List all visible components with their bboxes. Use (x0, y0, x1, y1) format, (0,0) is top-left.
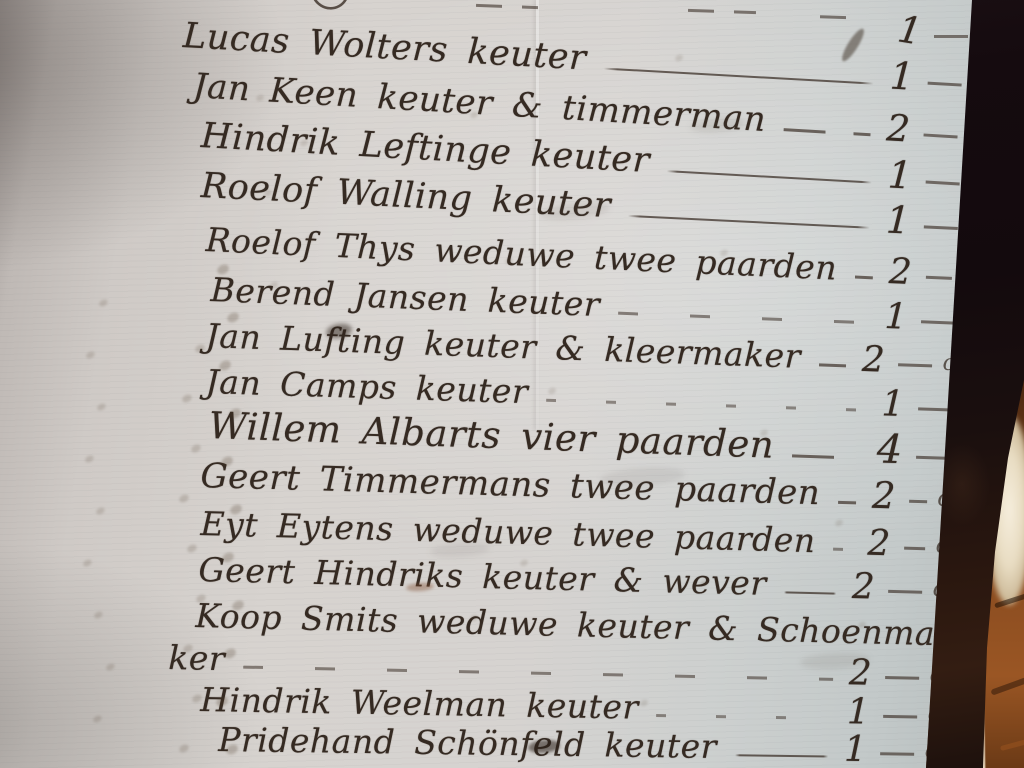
entry-value: 2 (872, 478, 896, 515)
tally-line (820, 15, 866, 20)
ink-bleed-dot (98, 298, 109, 308)
tally-end-dash (923, 133, 957, 138)
tally-end-dash (924, 225, 958, 230)
manuscript-page: 1 Lucas Wolters keuter1Jan Keen keuter &… (0, 0, 1024, 768)
tally-end-dash (925, 276, 952, 280)
tally-end-dash (926, 181, 960, 186)
ink-bleed-dot (93, 610, 104, 620)
tally-line (735, 754, 828, 757)
entry-value: 1 (881, 387, 905, 423)
tally-line (838, 501, 856, 505)
wood-grain-streak (1000, 738, 1024, 751)
tally-end-dash (918, 407, 952, 411)
tally-end-dash (884, 715, 918, 719)
entry-value: 4 (876, 430, 903, 471)
ink-bleed-dot (181, 393, 193, 404)
ink-bleed-dot (105, 662, 116, 672)
entry-value: 2 (888, 254, 912, 291)
tally-end-dash (881, 752, 915, 755)
ink-bleed-dot (190, 443, 202, 454)
ink-bleed-dot (95, 506, 106, 516)
entry-name: Pridehand Schönfeld keuter (218, 720, 727, 766)
entry-value: 2 (867, 526, 891, 562)
tally-line (604, 68, 874, 85)
tally-end-dash (909, 500, 927, 503)
tally-end-dash (921, 320, 955, 324)
entry-value: 2 (861, 342, 885, 378)
tally-line (628, 215, 869, 229)
tally-end-dash (928, 82, 962, 87)
ink-bleed-dot (84, 454, 95, 464)
stroke-fragment (312, 0, 348, 12)
tally-line (688, 9, 756, 14)
ink-bleed-dot (96, 402, 107, 412)
tally-end-dash (934, 35, 968, 38)
tally-line (855, 275, 873, 279)
entry-name: Berend Jansen keuter (210, 270, 611, 324)
tally-end-dash (904, 547, 925, 551)
entry-name: Geert Hindriks keuter & wever (198, 550, 777, 603)
entry-value: 1 (885, 202, 911, 241)
entry-value: 1 (884, 299, 908, 335)
entry-value: 2 (852, 569, 876, 605)
tally-line (667, 170, 871, 183)
tally-line (792, 454, 861, 459)
tally-end-dash (898, 363, 932, 367)
tally-line (784, 591, 835, 594)
photo-of-manuscript: 1 Lucas Wolters keuter1Jan Keen keuter &… (0, 0, 1024, 768)
ink-bleed-dot (177, 493, 189, 504)
entry-value: 1 (889, 58, 915, 97)
tally-line (618, 312, 869, 325)
entry-value: 1 (847, 695, 870, 731)
ink-bleed-dot (85, 350, 96, 360)
tally-line (783, 128, 870, 136)
entry-value: 1 (844, 732, 867, 768)
tally-line (819, 363, 846, 367)
tally-line (476, 4, 538, 9)
entry-value: 1 (895, 10, 924, 50)
ink-bleed-dot (82, 558, 93, 568)
tally-line (243, 666, 833, 681)
tally-line (657, 714, 831, 720)
entry-value: 1 (887, 157, 913, 196)
entry-name: Jan Camps keuter (205, 362, 539, 411)
ink-bleed-dot (92, 714, 103, 724)
entry-value: 2 (885, 111, 911, 149)
ink-bleed-dot (178, 743, 190, 754)
tally-line (833, 548, 851, 552)
ink-bleed-dot (186, 543, 198, 554)
wood-grain-streak (990, 674, 1024, 695)
tally-line (546, 399, 865, 412)
tally-end-dash (889, 590, 923, 594)
tally-end-dash (886, 676, 920, 680)
